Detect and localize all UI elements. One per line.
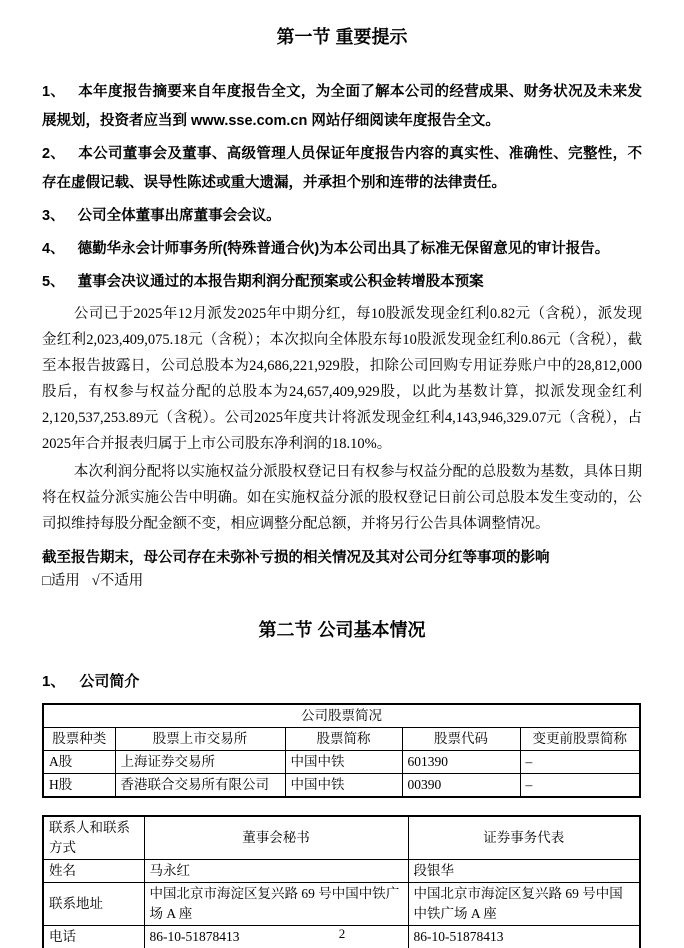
item-text: 本公司董事会及董事、高级管理人员保证年度报告内容的真实性、准确性、完整性，不存在… <box>42 146 642 191</box>
heading-text: 公司简介 <box>79 673 139 690</box>
table-row: H股 香港联合交易所有限公司 中国中铁 00390 – <box>43 774 640 798</box>
stock-table-cell: – <box>520 751 640 774</box>
item-text: 董事会决议通过的本报告期利润分配预案或公积金转增股本预案 <box>78 274 484 290</box>
stock-table-header: 股票代码 <box>402 728 520 751</box>
stock-table-cell: 00390 <box>402 774 520 798</box>
table-row: A股 上海证券交易所 中国中铁 601390 – <box>43 751 640 774</box>
stock-table-caption: 公司股票简况 <box>43 704 640 728</box>
stock-table-cell: 601390 <box>402 751 520 774</box>
stock-table-cell: 香港联合交易所有限公司 <box>115 774 285 798</box>
notice-items: 1、本年度报告摘要来自年度报告全文，为全面了解本公司的经营成果、财务状况及未来发… <box>42 78 642 297</box>
stock-overview-table: 公司股票简况 股票种类 股票上市交易所 股票简称 股票代码 变更前股票简称 A股… <box>42 703 641 798</box>
item-number: 1、 <box>42 84 65 100</box>
contact-table-cell: 姓名 <box>43 860 144 883</box>
dividend-paragraph-1: 公司已于2025年12月派发2025年中期分红，每10股派发现金红利0.82元（… <box>42 301 642 457</box>
notice-item-1: 1、本年度报告摘要来自年度报告全文，为全面了解本公司的经营成果、财务状况及未来发… <box>42 78 642 136</box>
table-row: 公司股票简况 <box>43 704 640 728</box>
item-text: 德勤华永会计师事务所(特殊普通合伙)为本公司出具了标准无保留意见的审计报告。 <box>78 241 610 257</box>
contact-table-cell: 马永红 <box>144 860 408 883</box>
stock-table-header: 股票简称 <box>285 728 402 751</box>
stock-table-cell: – <box>520 774 640 798</box>
item-number: 3、 <box>42 208 65 224</box>
document-page: 第一节 重要提示 1、本年度报告摘要来自年度报告全文，为全面了解本公司的经营成果… <box>0 0 684 948</box>
stock-table-cell: A股 <box>43 751 115 774</box>
stock-table-header: 变更前股票简称 <box>520 728 640 751</box>
item-number: 2、 <box>42 146 65 162</box>
contact-table-header: 联系人和联系方式 <box>43 816 144 860</box>
stock-table-header: 股票种类 <box>43 728 115 751</box>
contact-table-cell: 中国北京市海淀区复兴路 69 号中国中铁广场 A 座 <box>144 883 408 926</box>
check-icon: √ <box>92 573 100 589</box>
stock-table-header: 股票上市交易所 <box>115 728 285 751</box>
item-text: 本年度报告摘要来自年度报告全文，为全面了解本公司的经营成果、财务状况及未来发展规… <box>42 84 642 129</box>
item-number: 4、 <box>42 241 65 257</box>
notice-item-4: 4、德勤华永会计师事务所(特殊普通合伙)为本公司出具了标准无保留意见的审计报告。 <box>42 235 642 264</box>
loss-statement-heading: 截至报告期末，母公司存在未弥补亏损的相关情况及其对公司分红等事项的影响 <box>42 547 642 569</box>
stock-table-cell: 中国中铁 <box>285 751 402 774</box>
contact-table-cell: 联系地址 <box>43 883 144 926</box>
section2-title: 第二节 公司基本情况 <box>42 619 642 641</box>
table-row: 股票种类 股票上市交易所 股票简称 股票代码 变更前股票简称 <box>43 728 640 751</box>
contact-table-cell: 中国北京市海淀区复兴路 69 号中国中铁广场 A 座 <box>408 883 640 926</box>
company-profile-heading: 1、公司简介 <box>42 673 642 691</box>
applicable-label: 适用 <box>51 573 80 589</box>
not-applicable-label: 不适用 <box>100 573 144 589</box>
stock-table-cell: 上海证券交易所 <box>115 751 285 774</box>
dividend-paragraph-2: 本次利润分配将以实施权益分派股权登记日有权参与权益分配的总股数为基数，具体日期将… <box>42 459 642 537</box>
checkbox-unchecked-icon: □ <box>42 573 51 589</box>
contact-table-header: 证券事务代表 <box>408 816 640 860</box>
stock-table-cell: 中国中铁 <box>285 774 402 798</box>
section1-title: 第一节 重要提示 <box>42 26 642 48</box>
applicability-line: □适用√不适用 <box>42 569 642 593</box>
page-number: 2 <box>0 926 684 942</box>
stock-table-cell: H股 <box>43 774 115 798</box>
notice-item-2: 2、本公司董事会及董事、高级管理人员保证年度报告内容的真实性、准确性、完整性，不… <box>42 140 642 198</box>
item-text: 公司全体董事出席董事会会议。 <box>78 208 281 224</box>
table-row: 联系人和联系方式 董事会秘书 证券事务代表 <box>43 816 640 860</box>
table-row: 姓名 马永红 段银华 <box>43 860 640 883</box>
table-row: 联系地址 中国北京市海淀区复兴路 69 号中国中铁广场 A 座 中国北京市海淀区… <box>43 883 640 926</box>
heading-number: 1、 <box>42 673 65 690</box>
contact-table-header: 董事会秘书 <box>144 816 408 860</box>
item-number: 5、 <box>42 274 65 290</box>
notice-item-5: 5、董事会决议通过的本报告期利润分配预案或公积金转增股本预案 <box>42 268 642 297</box>
notice-item-3: 3、公司全体董事出席董事会会议。 <box>42 202 642 231</box>
contact-table-cell: 段银华 <box>408 860 640 883</box>
